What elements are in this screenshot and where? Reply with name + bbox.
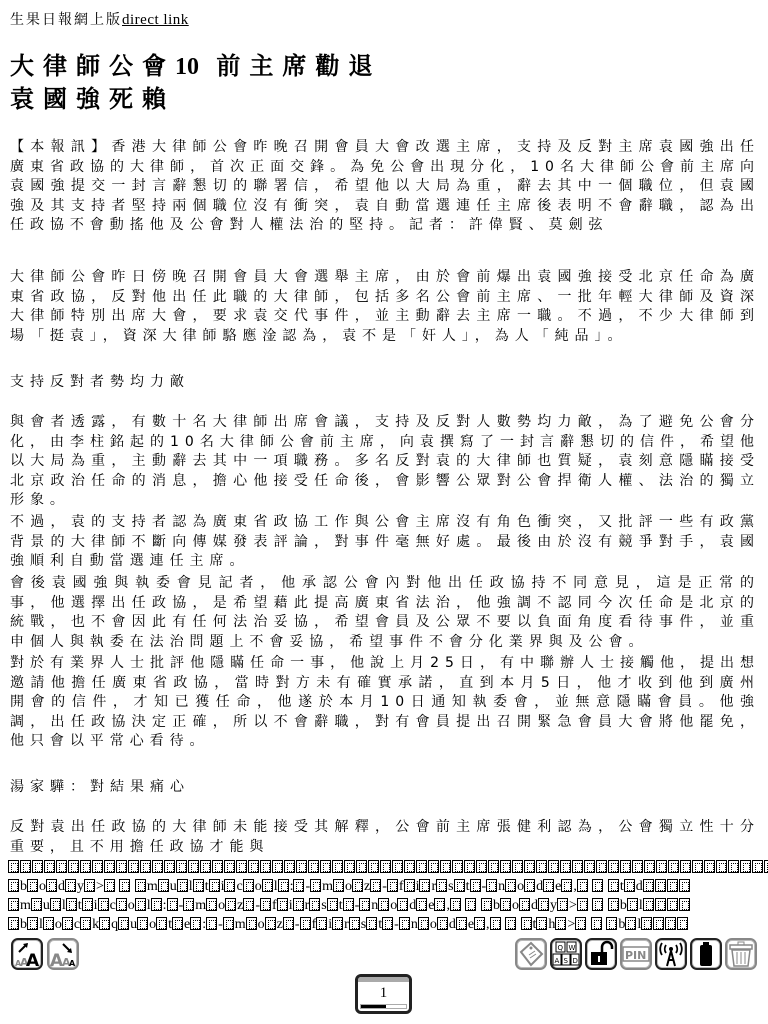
unlock-icon <box>587 940 615 968</box>
article-paragraph: 反對袁出任政協的大律師未能接受其解釋，公會前主席張健利認為，公會獨立性十分重要，… <box>10 818 760 857</box>
tofu-row: multicol:-moz-first-node, body> bl <box>8 896 768 915</box>
tag-icon <box>517 940 545 968</box>
svg-text:Q: Q <box>558 944 564 952</box>
article-paragraph: 【本報訊】香港大律師公會昨晚召開會員大會改選主席，支持及反對主席袁國強出任廣東省… <box>10 138 760 236</box>
keyboard-icon: QW ASD <box>552 940 580 968</box>
headline-number: 10 <box>175 54 199 80</box>
trash-icon <box>727 940 755 968</box>
headline-part-b: 前主席勸退 <box>216 52 381 80</box>
battery-button[interactable] <box>690 938 722 970</box>
reading-progress-remaining <box>386 1005 406 1008</box>
battery-icon <box>692 940 720 968</box>
article-paragraph: 與會者透露，有數十名大律師出席會議，支持及反對人數勢均力敵，為了避免公會分化，由… <box>10 413 760 511</box>
headline-part-a: 大律師公會 <box>10 52 175 80</box>
wireless-icon <box>657 940 685 968</box>
article-paragraph: 不過，袁的支持者認為廣東省政協工作與公會主席沒有角色衝突，又批評一些有政黨背景的… <box>10 513 760 572</box>
increase-font-button[interactable]: A A A <box>11 938 43 970</box>
tofu-row <box>8 858 768 877</box>
article-paragraph: 大律師公會昨日傍晚召開會員大會選舉主席，由於會前爆出袁國強接受北京任命為廣東省政… <box>10 268 760 346</box>
svg-text:PIN: PIN <box>625 949 646 962</box>
tofu-row: blockquote:-moz-first-node, th> bl <box>8 915 768 932</box>
toolbar-left: A A A A A A <box>11 938 79 970</box>
pin-icon: PIN <box>622 940 650 968</box>
svg-text:A: A <box>555 957 560 965</box>
trash-button[interactable] <box>725 938 757 970</box>
svg-text:W: W <box>569 944 576 952</box>
toolbar-right: QW ASD PIN <box>515 938 757 970</box>
page-indicator[interactable]: 1 <box>355 974 412 1014</box>
font-decrease-icon: A A A <box>49 940 77 968</box>
font-increase-icon: A A A <box>13 940 41 968</box>
decrease-font-button[interactable]: A A A <box>47 938 79 970</box>
section-subhead: 湯家驊：對結果痛心 <box>10 776 190 796</box>
garbled-text-block: body> multicol:-moz-first-node, td multi… <box>8 858 768 932</box>
wireless-button[interactable] <box>655 938 687 970</box>
direct-link[interactable]: direct link <box>122 12 189 28</box>
keyboard-button[interactable]: QW ASD <box>550 938 582 970</box>
pin-button[interactable]: PIN <box>620 938 652 970</box>
reading-progress-bar <box>360 1004 407 1009</box>
svg-text:S: S <box>564 957 569 965</box>
source-name: 生果日報網上版 <box>10 12 122 28</box>
tag-button[interactable] <box>515 938 547 970</box>
source-line: 生果日報網上版direct link <box>10 9 189 29</box>
tofu-row: body> multicol:-moz-first-node, td <box>8 877 768 896</box>
page-title: 大律師公會10 前主席勸退 袁國強死賴 <box>10 50 381 115</box>
lock-button[interactable] <box>585 938 617 970</box>
article-paragraph: 會後袁國強與執委會見記者，他承認公會內對他出任政協持不同意見，這是正常的事，他選… <box>10 574 760 652</box>
svg-text:A: A <box>69 959 76 968</box>
headline-line2: 袁國強死賴 <box>10 85 175 113</box>
reading-progress-fill <box>361 1005 387 1008</box>
article-paragraph: 對於有業界人士批評他隱瞞任命一事，他說上月25日，有中聯辦人士接觸他，提出想邀請… <box>10 654 760 752</box>
svg-text:D: D <box>573 957 578 965</box>
svg-text:A: A <box>26 951 40 968</box>
page-number: 1 <box>358 982 409 1004</box>
section-subhead: 支持反對者勢均力敵 <box>10 371 190 391</box>
